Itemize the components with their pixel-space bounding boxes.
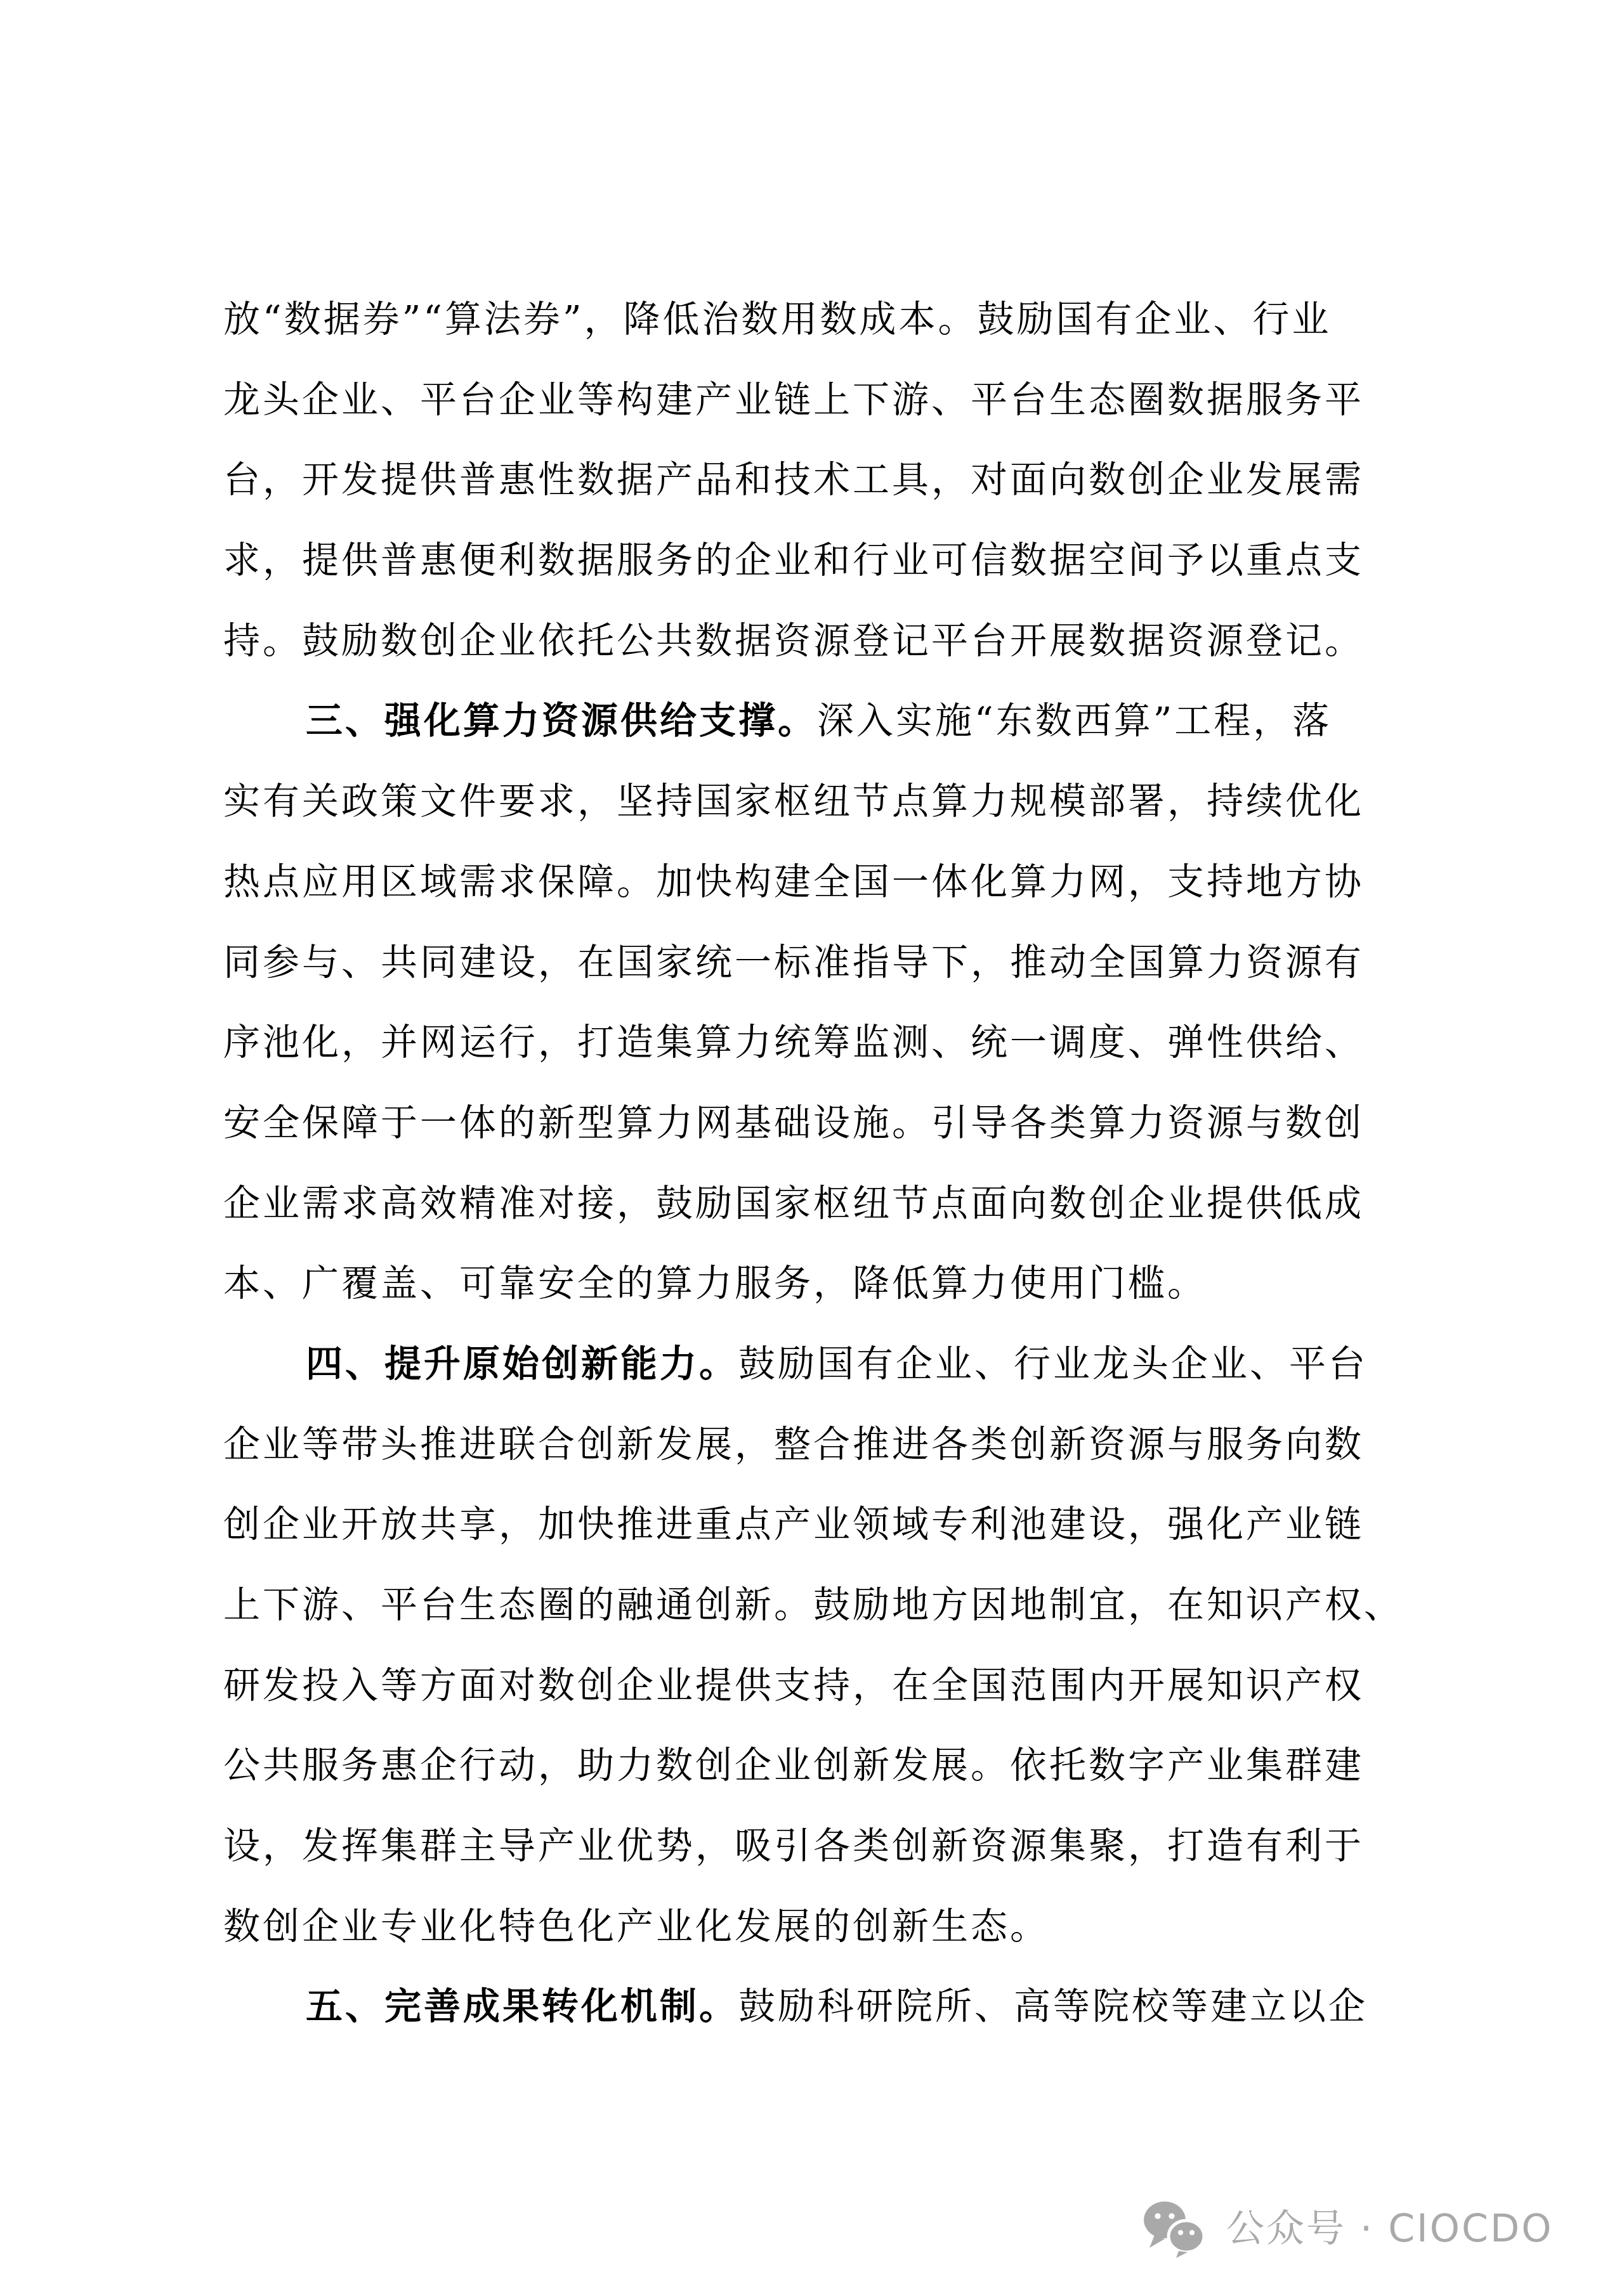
text-line-body: 公共服务惠企行动，助力数创企业创新发展。依托数字产业集群建 — [223, 1744, 1364, 1787]
text-line-body: 研发投入等方面对数创企业提供支持，在全国范围内开展知识产权 — [223, 1664, 1364, 1707]
text-line: 上下游、平台生态圈的融通创新。鼓励地方因地制宜，在知识产权、 — [223, 1565, 1405, 1645]
section-heading: 四、提升原始创新能力。 — [306, 1342, 738, 1385]
text-line: 安全保障于一体的新型算力网基础设施。引导各类算力资源与数创 — [223, 1083, 1405, 1163]
text-line-body: 数创企业专业化特色化产业化发展的创新生态。 — [223, 1905, 1049, 1948]
text-line-body: 深入实施“东数西算”工程，落 — [817, 699, 1332, 742]
text-line-section-3: 三、强化算力资源供给支撑。深入实施“东数西算”工程，落 — [223, 681, 1405, 761]
text-line: 台，开发提供普惠性数据产品和技术工具，对面向数创企业发展需 — [223, 440, 1405, 520]
text-line: 创企业开放共享，加快推进重点产业领域专利池建设，强化产业链 — [223, 1484, 1405, 1565]
text-line: 求，提供普惠便利数据服务的企业和行业可信数据空间予以重点支 — [223, 520, 1405, 601]
text-line-body: 放“数据券”“算法券”，降低治数用数成本。鼓励国有企业、行业 — [223, 297, 1332, 341]
text-line: 热点应用区域需求保障。加快构建全国一体化算力网，支持地方协 — [223, 842, 1405, 922]
text-line-section-5: 五、完善成果转化机制。鼓励科研院所、高等院校等建立以企 — [223, 1966, 1405, 2047]
text-line: 实有关政策文件要求，坚持国家枢纽节点算力规模部署，持续优化 — [223, 761, 1405, 842]
document-page: 放“数据券”“算法券”，降低治数用数成本。鼓励国有企业、行业 龙头企业、平台企业… — [0, 0, 1624, 2296]
text-line-section-4: 四、提升原始创新能力。鼓励国有企业、行业龙头企业、平台 — [223, 1324, 1405, 1404]
text-line-body: 序池化，并网运行，打造集算力统筹监测、统一调度、弹性供给、 — [223, 1021, 1364, 1064]
text-line-body: 安全保障于一体的新型算力网基础设施。引导各类算力资源与数创 — [223, 1101, 1364, 1144]
text-line-body: 创企业开放共享，加快推进重点产业领域专利池建设，强化产业链 — [223, 1503, 1364, 1546]
text-line: 公共服务惠企行动，助力数创企业创新发展。依托数字产业集群建 — [223, 1725, 1405, 1806]
watermark-label: 公众号 · CIOCDO — [1226, 2200, 1553, 2257]
section-heading: 五、完善成果转化机制。 — [306, 1985, 738, 2028]
text-line-body: 企业需求高效精准对接，鼓励国家枢纽节点面向数创企业提供低成 — [223, 1182, 1364, 1225]
text-line-body: 实有关政策文件要求，坚持国家枢纽节点算力规模部署，持续优化 — [223, 779, 1364, 823]
text-line: 研发投入等方面对数创企业提供支持，在全国范围内开展知识产权 — [223, 1645, 1405, 1726]
text-line-body: 鼓励科研院所、高等院校等建立以企 — [738, 1985, 1368, 2028]
text-line: 企业需求高效精准对接，鼓励国家枢纽节点面向数创企业提供低成 — [223, 1163, 1405, 1244]
text-line-body: 求，提供普惠便利数据服务的企业和行业可信数据空间予以重点支 — [223, 538, 1364, 582]
text-line-body: 上下游、平台生态圈的融通创新。鼓励地方因地制宜，在知识产权、 — [223, 1583, 1403, 1626]
text-line-body: 鼓励国有企业、行业龙头企业、平台 — [738, 1342, 1368, 1385]
section-heading: 三、强化算力资源供给支撑。 — [306, 699, 817, 742]
text-line-body: 设，发挥集群主导产业优势，吸引各类创新资源集聚，打造有利于 — [223, 1824, 1364, 1867]
document-body-text: 放“数据券”“算法券”，降低治数用数成本。鼓励国有企业、行业 龙头企业、平台企业… — [223, 279, 1405, 2047]
text-line: 同参与、共同建设，在国家统一标准指导下，推动全国算力资源有 — [223, 922, 1405, 1003]
text-line: 设，发挥集群主导产业优势，吸引各类创新资源集聚，打造有利于 — [223, 1806, 1405, 1886]
text-line: 序池化，并网运行，打造集算力统筹监测、统一调度、弹性供给、 — [223, 1002, 1405, 1083]
text-line-body: 企业等带头推进联合创新发展，整合推进各类创新资源与服务向数 — [223, 1423, 1364, 1466]
wechat-icon — [1141, 2200, 1207, 2258]
text-line: 放“数据券”“算法券”，降低治数用数成本。鼓励国有企业、行业 — [223, 279, 1405, 360]
text-line: 本、广覆盖、可靠安全的算力服务，降低算力使用门槛。 — [223, 1243, 1405, 1324]
text-line: 持。鼓励数创企业依托公共数据资源登记平台开展数据资源登记。 — [223, 601, 1405, 681]
text-line: 数创企业专业化特色化产业化发展的创新生态。 — [223, 1886, 1405, 1967]
text-line-body: 龙头企业、平台企业等构建产业链上下游、平台生态圈数据服务平 — [223, 378, 1364, 421]
text-line: 龙头企业、平台企业等构建产业链上下游、平台生态圈数据服务平 — [223, 360, 1405, 440]
wechat-watermark: 公众号 · CIOCDO — [1141, 2200, 1553, 2258]
text-line-body: 热点应用区域需求保障。加快构建全国一体化算力网，支持地方协 — [223, 860, 1364, 903]
text-line-body: 同参与、共同建设，在国家统一标准指导下，推动全国算力资源有 — [223, 941, 1364, 984]
text-line: 企业等带头推进联合创新发展，整合推进各类创新资源与服务向数 — [223, 1404, 1405, 1485]
text-line-body: 本、广覆盖、可靠安全的算力服务，降低算力使用门槛。 — [223, 1262, 1207, 1305]
text-line-body: 持。鼓励数创企业依托公共数据资源登记平台开展数据资源登记。 — [223, 619, 1364, 662]
text-line-body: 台，开发提供普惠性数据产品和技术工具，对面向数创企业发展需 — [223, 458, 1364, 501]
